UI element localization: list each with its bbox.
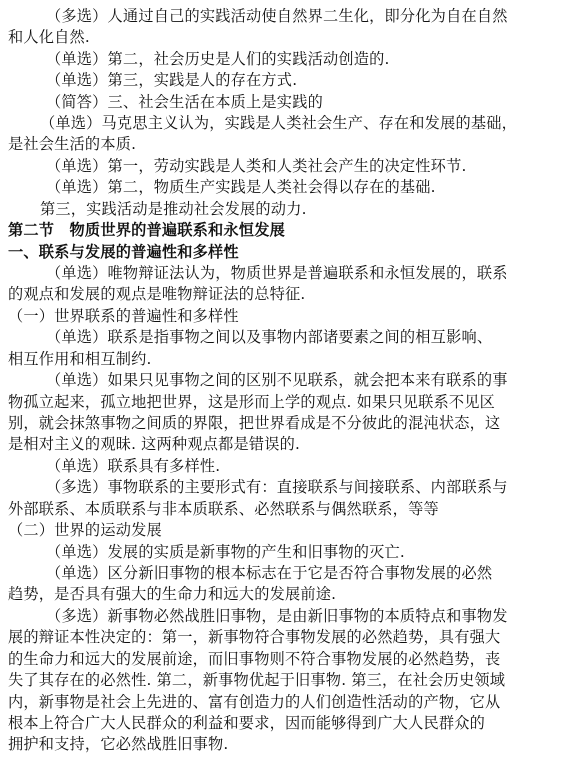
text-line: （单选）如果只见事物之间的区别不见联系，就会把本来有联系的事	[46, 370, 508, 390]
text-line: 和人化自然.	[8, 27, 90, 47]
document-page: （多选）人通过自己的实践活动使自然界二生化，即分化为自在自然和人化自然.（单选）…	[0, 0, 574, 767]
text-line: 外部联系、本质联系与非本质联系、必然联系与偶然联系，等等	[8, 499, 439, 519]
text-line: （单选）第三，实践是人的存在方式.	[46, 70, 297, 90]
text-line: 拥护和支持，它必然战胜旧事物.	[8, 734, 228, 754]
text-line: 物孤立起来，孤立地把世界，这是形而上学的观点. 如果只见联系不见区	[8, 392, 495, 412]
text-line: 是相对主义的观昧. 这两种观点都是错误的.	[8, 434, 300, 454]
text-line: （二）世界的运动发展	[8, 520, 162, 540]
text-line: （单选）马克思主义认为，实践是人类社会生产、存在和发展的基础，	[40, 113, 517, 133]
text-line: 根本上符合广大人民群众的利益和要求，因而能够得到广大人民群众的	[8, 713, 485, 733]
text-line: 别，就会抹煞事物之间质的界限，把世界看成是不分彼此的混沌状态，这	[8, 413, 500, 433]
section-heading: 第二节 物质世界的普遍联系和永恒发展	[8, 220, 285, 240]
text-line: （单选）第二，社会历史是人们的实践活动创造的.	[46, 49, 390, 69]
text-line: 是社会生活的本质.	[8, 134, 136, 154]
text-line: （单选）联系是指事物之间以及事物内部诸要素之间的相互影响、	[46, 327, 492, 347]
text-line: （一）世界联系的普遍性和多样性	[8, 306, 239, 326]
text-line: （多选）新事物必然战胜旧事物，是由新旧事物的本质特点和事物发	[46, 606, 508, 626]
text-line: 的观点和发展的观点是唯物辩证法的总特征.	[8, 284, 305, 304]
text-line: 第三，实践活动是推动社会发展的动力.	[40, 199, 307, 219]
text-line: （单选）第一，劳动实践是人类和人类社会产生的决定性环节.	[46, 156, 467, 176]
text-line: 的生命力和远大的发展前途，而旧事物则不符合事物发展的必然趋势，丧	[8, 649, 500, 669]
text-line: （单选）唯物辩证法认为，物质世界是普遍联系和永恒发展的，联系	[46, 263, 508, 283]
text-line: 相互作用和相互制约.	[8, 349, 152, 369]
text-line: 趋势，是否具有强大的生命力和远大的发展前途.	[8, 584, 336, 604]
text-line: （简答）三、社会生活在本质上是实践的	[46, 92, 323, 112]
text-line: （多选）人通过自己的实践活动使自然界二生化，即分化为自在自然	[46, 6, 508, 26]
text-line: （单选）第二，物质生产实践是人类社会得以存在的基础.	[46, 177, 436, 197]
text-line: （单选）联系具有多样性.	[46, 456, 220, 476]
text-line: （单选）区分新旧事物的根本标志在于它是否符合事物发展的必然	[46, 563, 492, 583]
text-line: （多选）事物联系的主要形式有：直接联系与间接联系、内部联系与	[46, 477, 508, 497]
text-line: （单选）发展的实质是新事物的产生和旧事物的灭亡.	[46, 542, 405, 562]
text-line: 失了其存在的必然性. 第二，新事物优起于旧事物. 第三，在社会历史领域	[8, 670, 505, 690]
section-heading: 一、联系与发展的普遍性和多样性	[8, 242, 239, 262]
text-line: 内，新事物是社会上先进的、富有创造力的人们创造性活动的产物，它从	[8, 692, 500, 712]
text-line: 展的辩证本性决定的：第一，新事物符合事物发展的必然趋势，具有强大	[8, 627, 500, 647]
